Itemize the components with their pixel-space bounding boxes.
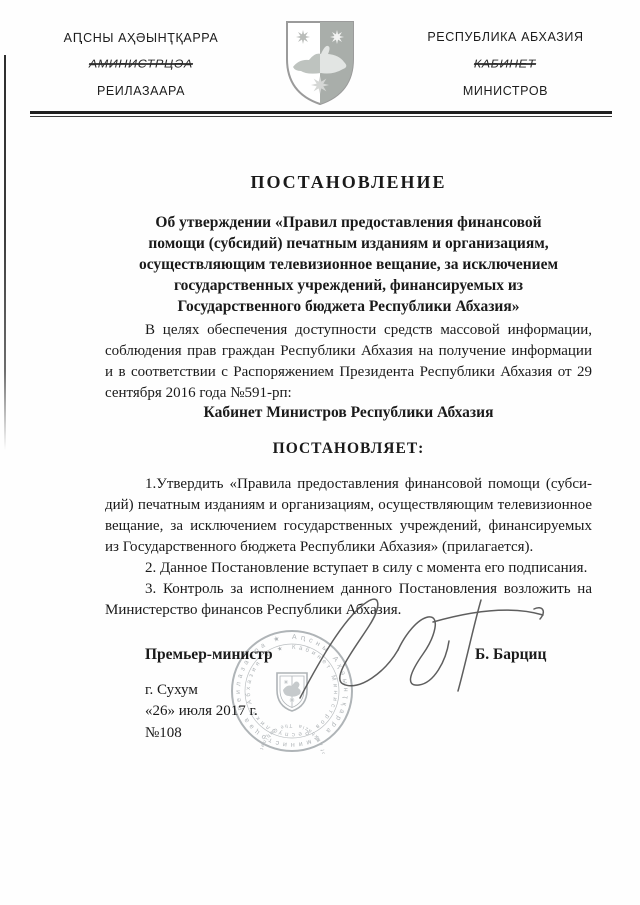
city-line: г. Сухум xyxy=(145,682,198,699)
header-left-line-3: РЕИЛАЗААРА xyxy=(30,84,252,98)
intro-paragraph: В целях обеспечения доступности средств … xyxy=(105,320,592,404)
item-line: вещание, за исключением государственных … xyxy=(105,516,592,537)
header-right-line-1: РЕСПУБЛИКА АБХАЗИЯ xyxy=(398,30,613,44)
premier-label: Премьер-министр xyxy=(145,646,273,664)
subtitle-line: помощи (субсидий) печатным изданиям и ор… xyxy=(105,233,592,254)
header-right-line-3: МИНИСТРОВ xyxy=(398,84,613,98)
number-line: №108 xyxy=(145,725,182,742)
coat-of-arms-icon xyxy=(281,19,359,107)
handwritten-signature xyxy=(285,592,550,710)
subtitle-line: Об утверждении «Правил предоставления фи… xyxy=(105,212,592,233)
item-line: 1.Утвердить «Правила предоставления фина… xyxy=(105,474,592,495)
header-left-line-1: АԤСНЫ АҲӘЫНҬҚАРРА xyxy=(30,30,252,44)
document-title: ПОСТАНОВЛЕНИЕ xyxy=(105,172,592,193)
item-line: 2. Данное Постановление вступает в силу … xyxy=(105,558,592,579)
date-line: «26» июля 2017 г. xyxy=(145,703,258,720)
item-line: из Государственного бюджета Республики А… xyxy=(105,537,592,558)
document-subtitle: Об утверждении «Правил предоставления фи… xyxy=(105,212,592,317)
document-page: АԤСНЫ АҲӘЫНҬҚАРРА АМИНИСТРЦӘА РЕИЛАЗААРА… xyxy=(0,0,640,905)
decree-word: ПОСТАНОВЛЯЕТ: xyxy=(105,440,592,458)
intro-line: соблюдения прав граждан Республики Абхаз… xyxy=(105,341,592,362)
header-left: АԤСНЫ АҲӘЫНҬҚАРРА АМИНИСТРЦӘА РЕИЛАЗААРА xyxy=(30,30,252,111)
item-line: дий) печатным изданиям и организациям, о… xyxy=(105,495,592,516)
intro-line: и в соответствии с Распоряжением Президе… xyxy=(105,362,592,383)
header-right: РЕСПУБЛИКА АБХАЗИЯ КАБИНЕТ МИНИСТРОВ xyxy=(398,30,613,111)
item-1: 1.Утвердить «Правила предоставления фина… xyxy=(105,474,592,558)
item-2: 2. Данное Постановление вступает в силу … xyxy=(105,558,592,579)
header-left-line-2: АМИНИСТРЦӘА xyxy=(88,58,195,71)
subtitle-line: государственных учреждений, финансируемы… xyxy=(105,275,592,296)
intro-line: В целях обеспечения доступности средств … xyxy=(105,320,592,341)
intro-line: сентября 2016 года №591-рп: xyxy=(105,383,592,404)
scan-artifact-line xyxy=(4,55,6,450)
resolver-line: Кабинет Министров Республики Абхазия xyxy=(105,404,592,422)
subtitle-line: осуществляющим телевизионное вещание, за… xyxy=(105,254,592,275)
header-divider xyxy=(30,111,612,117)
header-right-line-2: КАБИНЕТ xyxy=(473,58,538,71)
subtitle-line: Государственного бюджета Республики Абха… xyxy=(105,296,592,317)
